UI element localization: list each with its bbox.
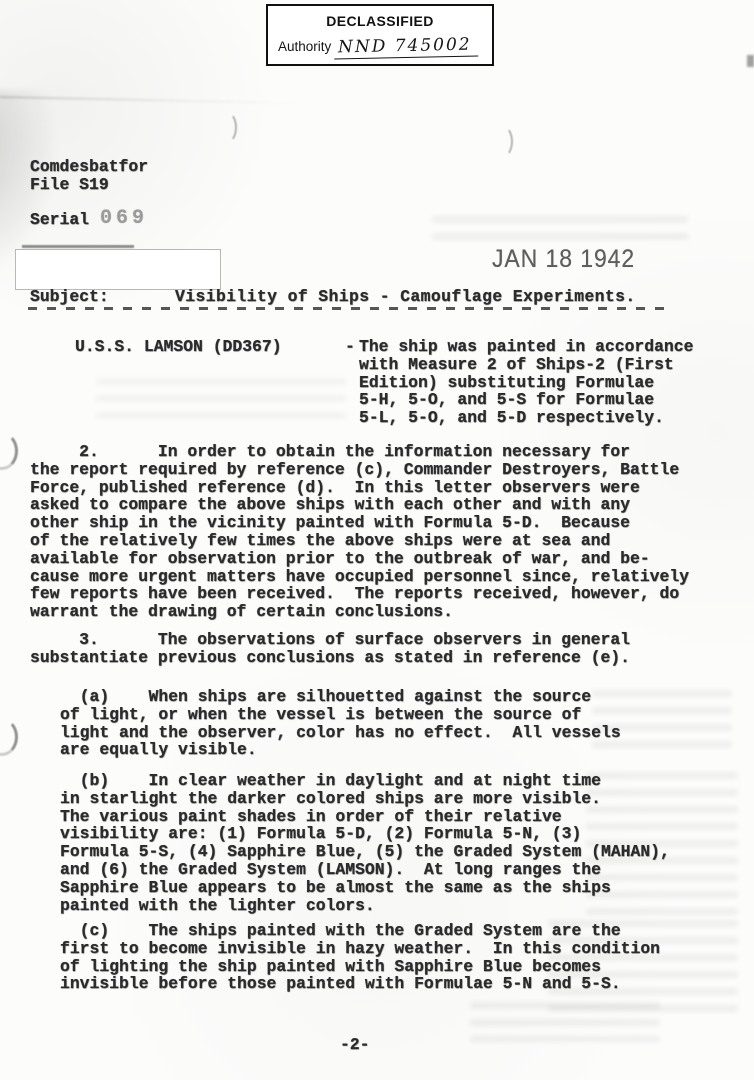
serial-number-stamp: 069	[100, 207, 148, 230]
ghost-arc-mark-right	[494, 126, 513, 157]
punch-hole-top	[0, 432, 18, 470]
serial-label: Serial	[30, 211, 89, 229]
subject-label: Subject:	[30, 288, 109, 306]
authority-label: Authority	[278, 39, 331, 54]
ship-name: U.S.S. LAMSON (DD367)	[75, 338, 345, 427]
punch-hole-bottom	[0, 718, 18, 756]
paragraph-2: 2. In order to obtain the information ne…	[30, 443, 689, 621]
office-file-lines: Comdesbatfor File S19	[30, 158, 148, 194]
redaction-box	[15, 249, 221, 290]
ship-entry-separator: -	[345, 338, 359, 427]
paragraph-3b: (b) In clear weather in daylight and at …	[60, 772, 670, 914]
ship-entry-lamson: U.S.S. LAMSON (DD367) - The ship was pai…	[75, 338, 693, 427]
paragraph-3c: (c) The ships painted with the Graded Sy…	[60, 922, 660, 993]
dashed-underline-rule	[28, 307, 666, 310]
authority-handwritten-value: NND 745002	[334, 34, 478, 59]
paragraph-3: 3. The observations of surface observers…	[30, 631, 630, 667]
obscured-text-smudge	[22, 245, 134, 248]
bleed-through-smudge	[470, 1002, 660, 1042]
received-date-stamp: JAN 18 1942	[492, 245, 635, 274]
declassified-authority: AuthorityNND 745002	[278, 36, 478, 58]
declassified-stamp: DECLASSIFIED AuthorityNND 745002	[266, 4, 494, 66]
scanned-document-page: DECLASSIFIED AuthorityNND 745002 Comdesb…	[0, 0, 754, 1080]
subject-text: Visibility of Ships - Camouflage Experim…	[175, 288, 636, 306]
paragraph-3a: (a) When ships are silhouetted against t…	[60, 688, 621, 759]
scan-edge-mark	[747, 55, 754, 67]
declassified-title: DECLASSIFIED	[268, 13, 492, 29]
ship-entry-text: The ship was painted in accordance with …	[359, 338, 693, 427]
page-number: -2-	[340, 1036, 370, 1054]
ghost-arc-mark-left	[218, 112, 237, 143]
